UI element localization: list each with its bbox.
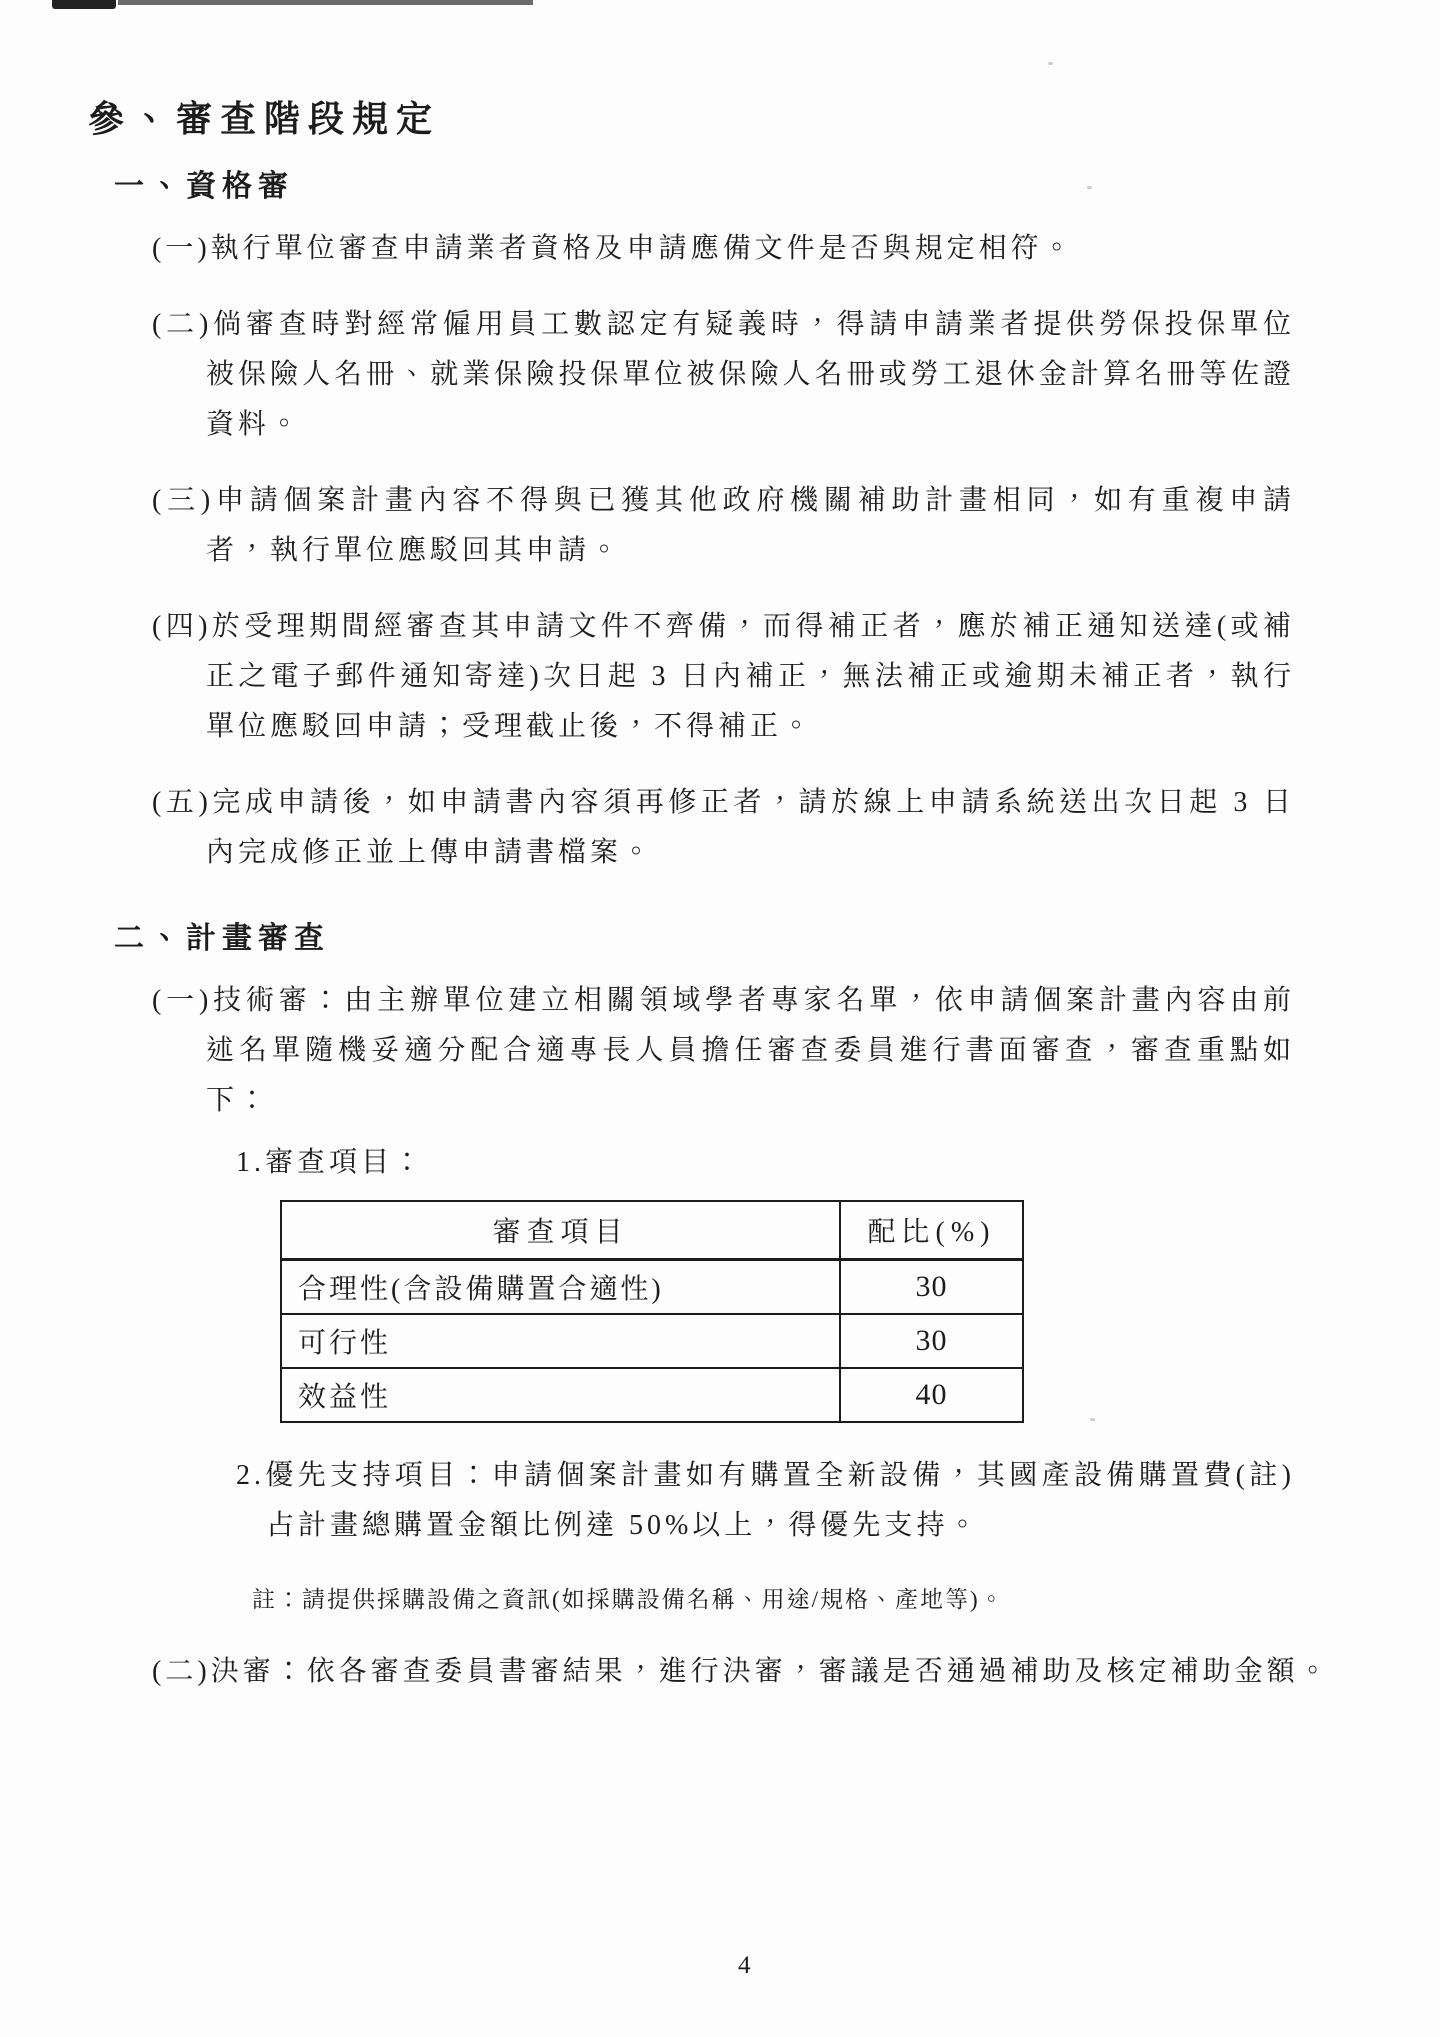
numbered-text: 優先支持項目：申請個案計畫如有購置全新設備，其國產設備購置費(註)占計畫總購置金… bbox=[265, 1460, 1295, 1541]
numbered-item: 2.優先支持項目：申請個案計畫如有購置全新設備，其國產設備購置費(註)占計畫總購… bbox=[266, 1451, 1295, 1551]
list-item: (一)技術審：由主辦單位建立相關領域學者專家名單，依申請個案計畫內容由前述名單隨… bbox=[206, 976, 1295, 1126]
item-text: 決審：依各審查委員書審結果，進行決審，審議是否通過補助及核定補助金額。 bbox=[211, 1656, 1331, 1687]
table-header-item: 審查項目 bbox=[281, 1201, 840, 1260]
list-item: (二)決審：依各審查委員書審結果，進行決審，審議是否通過補助及核定補助金額。 bbox=[206, 1647, 1384, 1697]
list-item: (一)執行單位審查申請業者資格及申請應備文件是否與規定相符。 bbox=[206, 224, 1295, 274]
list-item: (二)倘審查時對經常僱用員工數認定有疑義時，得請申請業者提供勞保投保單位被保險人… bbox=[206, 300, 1295, 450]
page-number: 4 bbox=[738, 1952, 751, 1980]
table-cell-item: 合理性(含設備購置合適性) bbox=[281, 1260, 840, 1315]
numbered-label: 1. bbox=[236, 1147, 265, 1178]
table-cell-item: 效益性 bbox=[281, 1368, 840, 1422]
item-label: (二) bbox=[152, 1656, 211, 1687]
item-label: (五) bbox=[152, 787, 212, 818]
item-label: (三) bbox=[152, 485, 214, 516]
table-row: 可行性 30 bbox=[281, 1314, 1023, 1368]
numbered-item: 1.審查項目： bbox=[266, 1138, 1295, 1188]
item-text: 於受理期間經審查其申請文件不齊備，而得補正者，應於補正通知送達(或補正之電子郵件… bbox=[206, 611, 1295, 742]
section-heading-plan-review: 二、計畫審查 bbox=[114, 918, 1440, 960]
list-item: (三)申請個案計畫內容不得與已獲其他政府機關補助計畫相同，如有重複申請者，執行單… bbox=[206, 476, 1295, 576]
list-item: (五)完成申請後，如申請書內容須再修正者，請於線上申請系統送出次日起 3 日內完… bbox=[206, 778, 1295, 878]
table-row: 效益性 40 bbox=[281, 1368, 1023, 1422]
scan-speck bbox=[1090, 1418, 1095, 1421]
numbered-label: 2. bbox=[236, 1460, 265, 1491]
review-criteria-table: 審查項目 配比(%) 合理性(含設備購置合適性) 30 可行性 30 效益性 4… bbox=[280, 1200, 1024, 1423]
scan-speck bbox=[1048, 62, 1053, 65]
scan-artifact bbox=[118, 0, 533, 5]
item-label: (一) bbox=[152, 233, 211, 264]
table-header-ratio: 配比(%) bbox=[840, 1201, 1023, 1260]
item-label: (四) bbox=[152, 611, 211, 642]
table-cell-ratio: 40 bbox=[840, 1368, 1023, 1422]
numbered-text: 審查項目： bbox=[265, 1147, 425, 1178]
table-row: 合理性(含設備購置合適性) 30 bbox=[281, 1260, 1023, 1315]
item-text: 申請個案計畫內容不得與已獲其他政府機關補助計畫相同，如有重複申請者，執行單位應駁… bbox=[206, 485, 1295, 566]
page-title: 參、審查階段規定 bbox=[88, 96, 1440, 142]
table-cell-item: 可行性 bbox=[281, 1314, 840, 1368]
item-text: 完成申請後，如申請書內容須再修正者，請於線上申請系統送出次日起 3 日內完成修正… bbox=[206, 787, 1295, 868]
table-cell-ratio: 30 bbox=[840, 1314, 1023, 1368]
item-label: (一) bbox=[152, 985, 212, 1016]
scan-speck bbox=[1087, 186, 1092, 189]
table-header-row: 審查項目 配比(%) bbox=[281, 1201, 1023, 1260]
item-text: 技術審：由主辦單位建立相關領域學者專家名單，依申請個案計畫內容由前述名單隨機妥適… bbox=[206, 985, 1295, 1116]
item-label: (二) bbox=[152, 309, 212, 340]
footnote: 註：請提供採購設備之資訊(如採購設備名稱、用途/規格、產地等)。 bbox=[252, 1583, 1295, 1617]
list-item: (四)於受理期間經審查其申請文件不齊備，而得補正者，應於補正通知送達(或補正之電… bbox=[206, 602, 1295, 752]
scan-artifact bbox=[52, 0, 116, 9]
item-text: 執行單位審查申請業者資格及申請應備文件是否與規定相符。 bbox=[211, 233, 1075, 264]
section-heading-qualification-review: 一、資格審 bbox=[114, 166, 1440, 208]
item-text: 倘審查時對經常僱用員工數認定有疑義時，得請申請業者提供勞保投保單位被保險人名冊、… bbox=[206, 309, 1295, 440]
document-page: 參、審查階段規定 一、資格審 (一)執行單位審查申請業者資格及申請應備文件是否與… bbox=[0, 0, 1440, 2037]
table-cell-ratio: 30 bbox=[840, 1260, 1023, 1315]
